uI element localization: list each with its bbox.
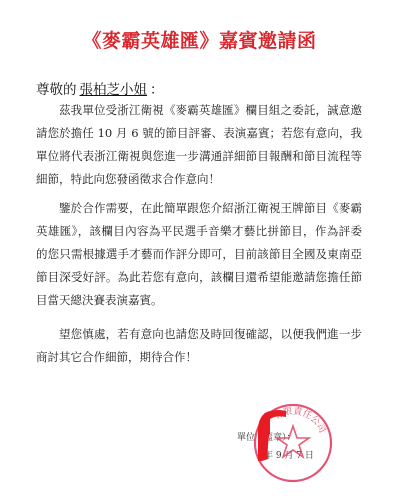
redaction-mark	[254, 405, 288, 463]
letter-body: 茲我單位受浙江衛視《麥霸英雄匯》欄目組之委託，誠意邀請您於擔任 10 月 6 號…	[36, 99, 362, 369]
invitation-title: 《麥霸英雄匯》嘉賓邀請函	[0, 26, 399, 53]
paragraph-3: 望您慎處，若有意向也請您及時回復確認，以便我們進一步商討其它合作細節，期待合作！	[36, 323, 362, 369]
salutation: 尊敬的張柏芝小姐：	[36, 78, 164, 98]
salutation-suffix: ：	[150, 82, 164, 98]
salutation-prefix: 尊敬的	[36, 82, 77, 98]
recipient-name: 張柏芝小姐	[77, 82, 151, 98]
paragraph-2: 鑒於合作需要，在此簡單跟您介紹浙江衛視王牌節目《麥霸英雄匯》，該欄目內容為平民選…	[36, 197, 362, 312]
paragraph-1: 茲我單位受浙江衛視《麥霸英雄匯》欄目組之委託，誠意邀請您於擔任 10 月 6 號…	[36, 99, 362, 191]
